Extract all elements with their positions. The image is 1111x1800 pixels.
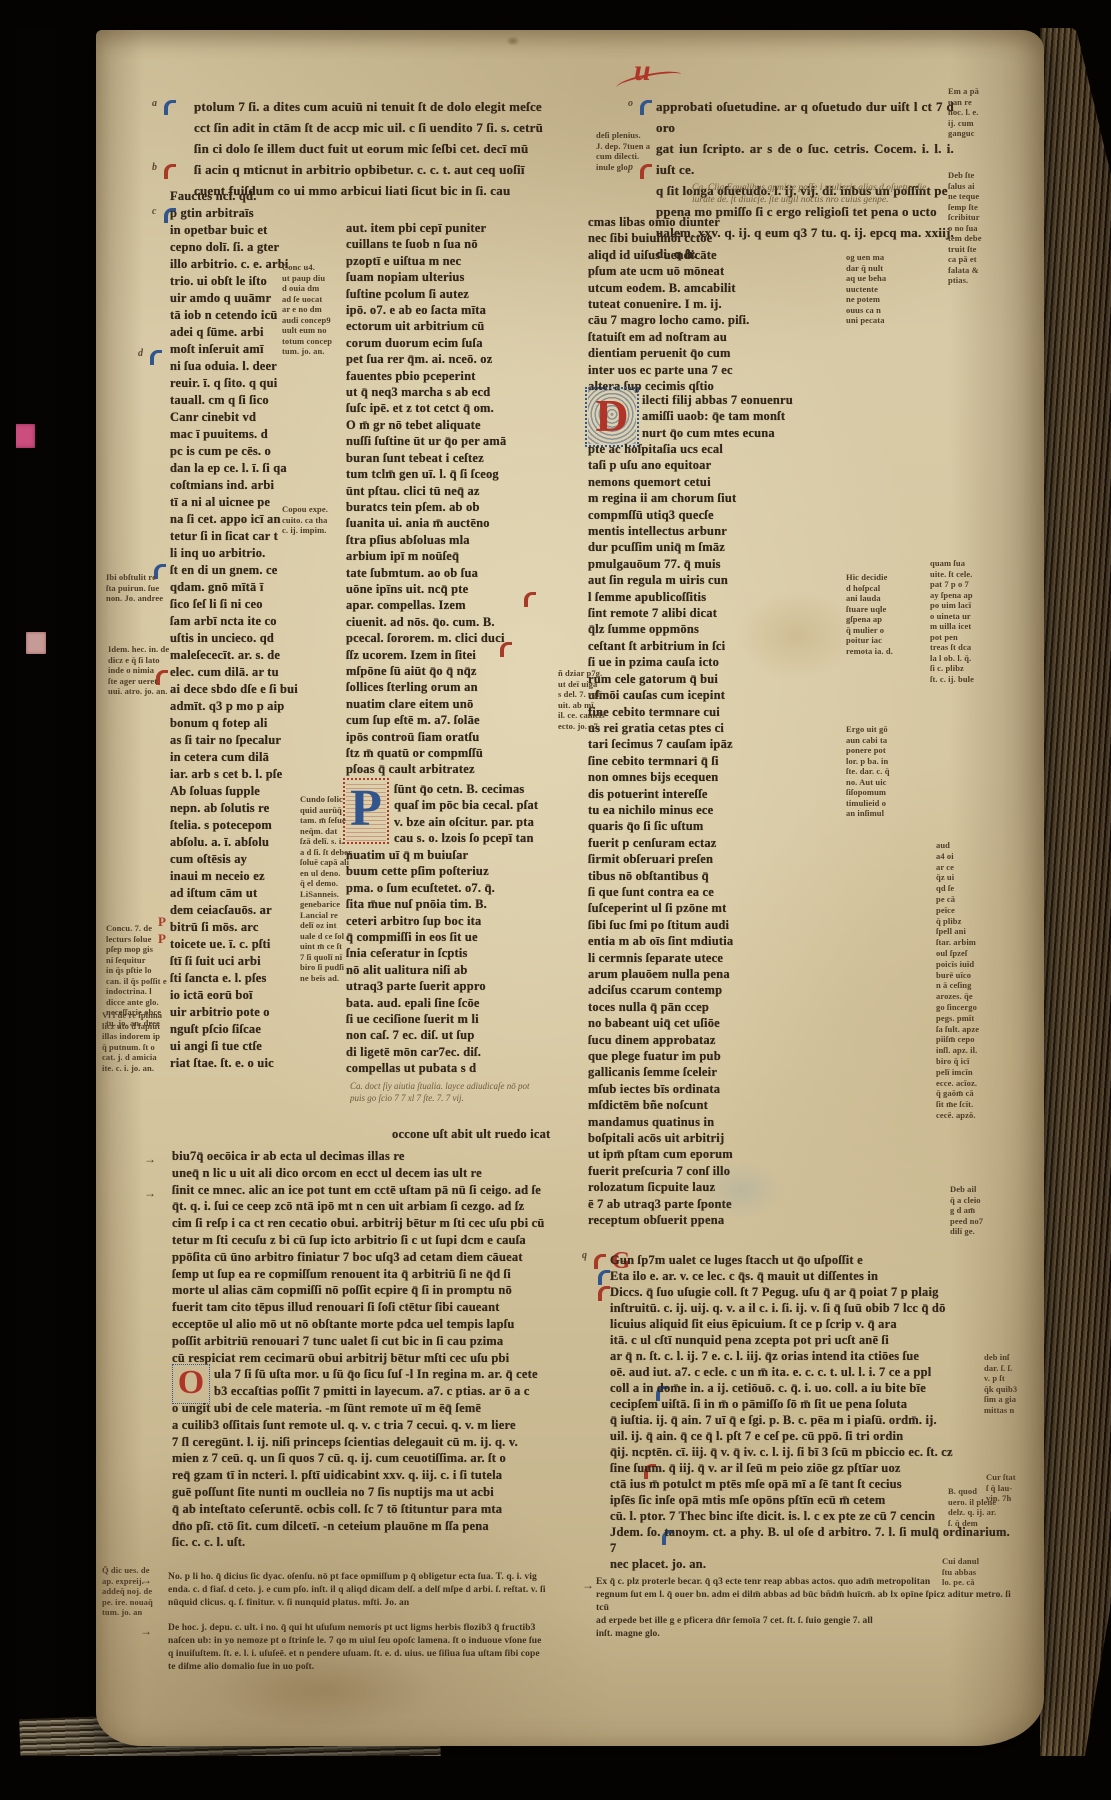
center-column-lower: nuatim uī q̄ m buiuſar buum cette pſim p… bbox=[346, 847, 562, 1077]
right-column-upper: cmas libas omīo diunter nec ſibi buiuſmō… bbox=[588, 214, 846, 394]
right-column-lower: pte ac hoſpitaſia ucs ecal taſi p uſu an… bbox=[588, 441, 846, 1229]
marginal-gloss: Copou expe. cuito. ca tha c. ij. impim. bbox=[282, 504, 342, 536]
marginal-gloss: og uen ma dar q̄ nult aq ue beha uuctent… bbox=[846, 252, 910, 326]
quire-mark: u bbox=[616, 52, 686, 98]
marginal-gloss: ñ dziar p7g. ut deī uiga s del. 7. vglī … bbox=[558, 668, 612, 731]
marginal-arrow: → bbox=[144, 1152, 156, 1167]
illuminated-initial-D: D bbox=[588, 390, 636, 444]
stain bbox=[506, 36, 520, 46]
capitulum-mark-blue bbox=[164, 100, 176, 115]
center-column-beside-initial: ſūnt q̄o cetn. B. cecimas quaſ im pōc bi… bbox=[394, 781, 562, 847]
capitulum-mark-red bbox=[164, 164, 176, 179]
marginal-note: Idem. hec. in. de dicz e q̄ ſi lato inde… bbox=[108, 644, 188, 697]
photo-top-band bbox=[0, 0, 1111, 28]
marginal-gloss: aud a4 oi ar ce q̄z ui qd ſe pe cā peīce… bbox=[936, 840, 994, 1121]
photo-bottom-band bbox=[0, 1756, 1111, 1800]
manuscript-photo: u ptolum 7 ſi. a dites cum acuiū ni tenu… bbox=[0, 0, 1111, 1800]
capitulum-mark-red bbox=[500, 642, 512, 657]
marginal-gloss: Cundo ſolic quid aurūq̄ tam. m̄ ſeſue ne… bbox=[300, 794, 358, 983]
footnote-arrow: → bbox=[140, 1573, 152, 1588]
right-column-beside-initial: ilecti filij abbas 7 eonuenru amiſſi uao… bbox=[642, 392, 846, 441]
capitulum-mark-blue bbox=[640, 100, 652, 115]
lower-left-column-lower: o ungit ubi de cele materia. -m ſūnt rem… bbox=[172, 1400, 650, 1551]
cursive-annotation: Ca. Clia Equalibus gpmitte poſſe i mulie… bbox=[692, 182, 982, 206]
lower-right-column: Gun ſp7m ualet ce luges ſtacch ut q̄o uſ… bbox=[610, 1252, 1010, 1572]
marginal-gloss: Em a pā uan re hoc. l. e. ij. cum ganguc bbox=[948, 86, 1010, 139]
right-page-edge-stack bbox=[1040, 0, 1111, 1800]
left-page-edge-stack bbox=[16, 18, 98, 1758]
pale-pink-fore-edge-tab bbox=[26, 632, 46, 654]
margin-letter-a: a bbox=[152, 98, 157, 109]
margin-letter-b: b bbox=[152, 162, 157, 173]
margin-letter-c: c bbox=[152, 206, 156, 217]
cursive-end-note: Ca. doct ſiy aiutia ſtualia. layce adiud… bbox=[350, 1081, 580, 1104]
margin-letter-q: q bbox=[582, 1250, 587, 1261]
footnote-block: Ex q̄ c. plz proterle becar. q̄ q3 ecte … bbox=[596, 1576, 1026, 1641]
marginal-gloss: Deb ſte ſalus ai ne teque ſemp ſte ſcrib… bbox=[948, 170, 1010, 286]
marginal-note: Vl ſ de re ſplima licz uto d ſapiut illa… bbox=[102, 1010, 190, 1073]
margin-letter-d: d bbox=[138, 348, 143, 359]
capitulum-mark-red bbox=[524, 592, 536, 607]
capitulum-mark-red bbox=[598, 1286, 610, 1301]
pink-fore-edge-tab bbox=[13, 424, 35, 448]
capitulum-mark-red bbox=[594, 1254, 606, 1269]
top-left-text-block: ptolum 7 ſi. a dites cum acuiū ni tenuit… bbox=[194, 96, 578, 201]
marginal-arrow: → bbox=[144, 1186, 156, 1201]
manuscript-page: u ptolum 7 ſi. a dites cum acuiū ni tenu… bbox=[96, 30, 1044, 1746]
marginal-gloss: Hic decidie d hoſpcal ani lauda ſtuare u… bbox=[846, 572, 910, 656]
lower-left-beside-initial: ula 7 ſi ſū uſta mor. u ſū q̄o ſicu ſuſ … bbox=[214, 1366, 650, 1400]
marginal-note: Ibi obſtulit re ſta puirun. ſue non. Jo.… bbox=[106, 572, 188, 604]
footnote-arrow: → bbox=[140, 1624, 152, 1639]
marginal-gloss: Conc u4. ut paup diu d ouia dm ad ſe uoc… bbox=[282, 262, 342, 357]
marginal-gloss: quam ſua uite. ſt cele. pat 7 p o 7 ay ſ… bbox=[930, 558, 1000, 684]
lower-heading-line: occone uſt abit ult ruedo icat bbox=[392, 1126, 662, 1142]
footnote-arrow: → bbox=[582, 1578, 594, 1593]
margin-letter-o: o bbox=[628, 98, 633, 109]
capitulum-mark-blue bbox=[150, 350, 162, 365]
marginal-gloss: Ergo uit gō aun cabi ta ponere pot lor. … bbox=[846, 724, 910, 819]
capitulum-mark-blue bbox=[598, 1270, 610, 1285]
marginal-gloss: Deb ail q̄ a cleio g d am̄ peed no7 dilī… bbox=[950, 1184, 1014, 1237]
lower-left-column-upper: biu7q̄ oecōica ir ab ecta ul decimas ill… bbox=[172, 1148, 650, 1366]
center-column-upper: aut. item pbi cepī puniter cuillans te ſ… bbox=[346, 220, 562, 778]
interlinear-gloss: deſi plenius. J. dep. 7tuen a cum dilect… bbox=[596, 130, 652, 172]
photo-left-band bbox=[0, 0, 16, 1800]
illuminated-initial-O: O bbox=[174, 1366, 208, 1402]
